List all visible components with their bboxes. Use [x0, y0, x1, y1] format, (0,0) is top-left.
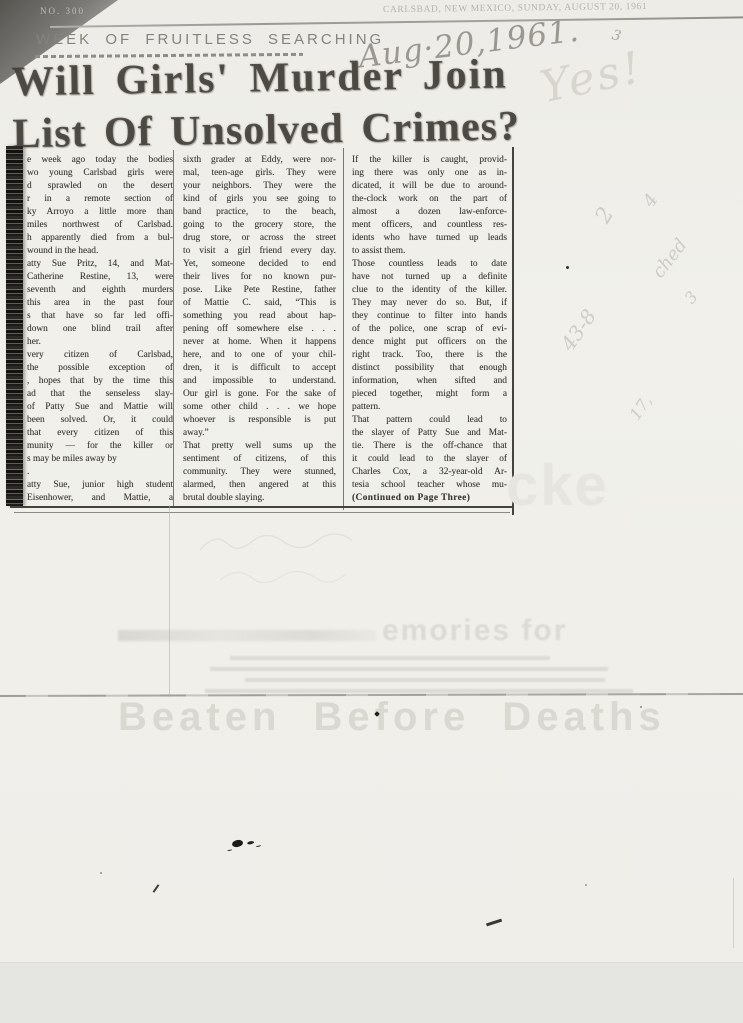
article-line: mal, teen-age girls. They were	[183, 167, 336, 180]
pen-dash-mark	[486, 919, 502, 926]
article-line: That pattern could lead to	[352, 414, 507, 427]
column-rule-2	[343, 148, 344, 510]
article-line: some other child . . . we hope	[183, 401, 336, 414]
article-line: pening off somewhere else . . .	[183, 323, 336, 336]
article-line: kind of girls you see going to	[183, 193, 336, 206]
pen-slash-mark	[153, 884, 160, 893]
article-line: something you read about hap-	[183, 310, 336, 323]
article-line: wo young Carlsbad girls were	[27, 167, 173, 180]
article-line: down one blind trail after	[27, 323, 173, 336]
article-line: band practice, to the beach,	[183, 206, 336, 219]
bleedthrough-headline: Beaten Before Deaths	[118, 695, 666, 740]
article-line: the possible exception of	[27, 362, 173, 375]
clipping-bottom-border	[10, 506, 514, 508]
page-edge-line	[733, 878, 734, 948]
bleedthrough-smudge	[118, 630, 376, 641]
article-line: ky Arroyo a little more than	[27, 206, 173, 219]
article-line: atty Sue, junior high student	[27, 479, 173, 492]
article-line: seventh and eighth murders	[27, 284, 173, 297]
article-line: dren, it is difficult to accept	[183, 362, 336, 375]
handwritten-scribble: 3	[681, 287, 702, 307]
article-line: pose. Like Pete Restine, father	[183, 284, 336, 297]
article-line: They may never do so. But, if	[352, 297, 507, 310]
torn-edge-strip	[6, 146, 23, 506]
article-line: dence might put officers on the	[352, 336, 507, 349]
dust-speck	[100, 872, 102, 874]
newspaper-clipping: e week ago today the bodieswo young Carl…	[6, 142, 520, 516]
article-line: ment officers, and countless res-	[352, 219, 507, 232]
handwritten-scribble: 2	[591, 203, 620, 228]
handwritten-yes-note: Yes!	[536, 42, 648, 113]
article-column-1: e week ago today the bodieswo young Carl…	[27, 154, 173, 505]
handwritten-scribble: 4	[639, 190, 663, 211]
article-line: their lives for no known pur-	[183, 271, 336, 284]
bleedthrough-text-line	[230, 656, 550, 660]
article-line: ad that the senseless slay-	[27, 388, 173, 401]
article-line: very citizen of Carlsbad,	[27, 349, 173, 362]
article-line: the-clock work on the part of	[352, 193, 507, 206]
dust-speck	[640, 706, 642, 708]
article-line: your neighbors. They were the	[183, 180, 336, 193]
dust-speck	[566, 266, 569, 269]
scanner-bottom-band	[0, 962, 743, 1023]
article-line: d sprawled on the desert	[27, 180, 173, 193]
article-line: going to the grocery store, the	[183, 219, 336, 232]
article-line: brutal double slaying.	[183, 492, 336, 505]
article-line: that every citizen of this	[27, 427, 173, 440]
article-line: idents who have turned up leads	[352, 232, 507, 245]
article-line: of the police, one scrap of evi-	[352, 323, 507, 336]
article-line: miles northwest of Carlsbad.	[27, 219, 173, 232]
article-line: e week ago today the bodies	[27, 154, 173, 167]
article-line: clue to the identity of the killer.	[352, 284, 507, 297]
article-line: Charles Cox, a 32-year-old Ar-	[352, 466, 507, 479]
article-line: of Patty Sue and Mattie will	[27, 401, 173, 414]
article-line: never at home. When it happens	[183, 336, 336, 349]
bleedthrough-text-line	[205, 689, 633, 693]
article-line: of Mattie C. said, “This is	[183, 297, 336, 310]
article-line: .	[27, 466, 173, 479]
article-line: dicated, it will be due to around-	[352, 180, 507, 193]
masthead-dateline: CARLSBAD, NEW MEXICO, SUNDAY, AUGUST 20,…	[383, 1, 739, 15]
bleedthrough-text-line	[210, 667, 608, 671]
article-line: right track. Too, there is the	[352, 349, 507, 362]
article-column-2: sixth grader at Eddy, were nor-mal, teen…	[183, 154, 336, 505]
article-line: away.”	[183, 427, 336, 440]
ink-blot	[231, 839, 243, 848]
article-line: pattern.	[352, 401, 507, 414]
bleedthrough-text-fragment: emories for	[382, 614, 567, 648]
article-line: the slayer of Patty Sue and Mat-	[352, 427, 507, 440]
article-line: it could lead to the slayer of	[352, 453, 507, 466]
article-line: atty Sue Pritz, 14, and Mat-	[27, 258, 173, 271]
masthead-rule	[50, 16, 743, 28]
vertical-fold-crease	[169, 505, 170, 697]
handwritten-scribble: 17,	[626, 392, 656, 424]
article-line: and impossible to understand.	[183, 375, 336, 388]
article-line: Those countless leads to date	[352, 258, 507, 271]
masthead-issue-number: NO. 300	[40, 6, 85, 16]
article-column-3: If the killer is caught, provid-ing ther…	[352, 154, 507, 505]
article-line: wound in the head.	[27, 245, 173, 258]
article-line: tesia school teacher whose mu-	[352, 479, 507, 492]
article-line: Catherine Restine, 13, were	[27, 271, 173, 284]
headline-line-1: Will Girls' Murder Join	[11, 48, 552, 108]
faint-pencil-scribble	[190, 520, 440, 610]
article-line: munity — for the killer or	[27, 440, 173, 453]
article-line: If the killer is caught, provid-	[352, 154, 507, 167]
article-line: sentiment of citizens, of this	[183, 453, 336, 466]
scanned-newspaper-page: NO. 300 CARLSBAD, NEW MEXICO, SUNDAY, AU…	[0, 0, 743, 1023]
article-line: drug store, or across the street	[183, 232, 336, 245]
article-line: to visit a girl friend every day.	[183, 245, 336, 258]
clipping-bottom-border-2	[14, 512, 510, 513]
article-line: ing there was only one as in-	[352, 167, 507, 180]
article-line: Our girl is gone. For the sake of	[183, 388, 336, 401]
article-line: have not turned up a definite	[352, 271, 507, 284]
handwritten-scribble: 43-8	[556, 305, 601, 356]
article-line: information, when sifted and	[352, 375, 507, 388]
article-line: they continue to filter into hands	[352, 310, 507, 323]
article-line: this area in the past four	[27, 297, 173, 310]
article-line: to assist them.	[352, 245, 507, 258]
watermark-fragment: cke	[506, 452, 609, 519]
article-line: (Continued on Page Three)	[352, 492, 507, 505]
dust-speck	[585, 884, 587, 886]
article-line: , hopes that by the time this	[27, 375, 173, 388]
article-line: almost a dozen law-enforce-	[352, 206, 507, 219]
article-line: her.	[27, 336, 173, 349]
article-line: whoever is responsible is put	[183, 414, 336, 427]
article-line: r in a remote section of	[27, 193, 173, 206]
article-line: h apparently died from a bul-	[27, 232, 173, 245]
article-line: pieced together, might form a	[352, 388, 507, 401]
article-line: distinct possibility that enough	[352, 362, 507, 375]
article-line: s that have so far led offi-	[27, 310, 173, 323]
article-line: Yet, someone decided to end	[183, 258, 336, 271]
article-line: community. They were stunned,	[183, 466, 336, 479]
bleedthrough-text-line	[245, 678, 605, 682]
article-line: tie. There is the off-chance that	[352, 440, 507, 453]
article-line: Eisenhower, and Mattie, a	[27, 492, 173, 505]
kicker-headline: WEEK OF FRUITLESS SEARCHING	[36, 31, 384, 48]
article-line: s may be miles away by	[27, 453, 173, 466]
handwritten-mark: 3	[610, 27, 623, 45]
article-line: sixth grader at Eddy, were nor-	[183, 154, 336, 167]
column-rule-1	[173, 150, 174, 508]
article-line: That pretty well sums up the	[183, 440, 336, 453]
article-line: alarmed, then angered at this	[183, 479, 336, 492]
article-line: been solved. Or, it could	[27, 414, 173, 427]
handwritten-scribble: ched	[648, 235, 692, 282]
article-line: here, and to one of your chil-	[183, 349, 336, 362]
